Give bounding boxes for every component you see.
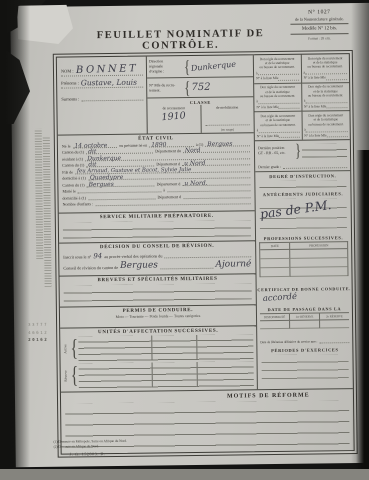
ruled-fill: [183, 197, 250, 199]
service-preparatoire-title: SERVICE MILITAIRE PRÉPARATOIRE.: [59, 211, 255, 220]
divider: [290, 23, 348, 25]
block-liste-line: N° à la liste Mle: [256, 76, 299, 81]
departement-label: Département du: [155, 149, 181, 154]
recensement-cell: de recensement 1910: [147, 104, 201, 133]
block-liste-line: N° à la liste Mle: [304, 133, 348, 138]
block-liste-line: N° à la liste Mle: [304, 104, 348, 109]
inscrit-label: Inscrit sous le n°: [63, 254, 91, 259]
format-note: Format : 28 c/m.: [281, 36, 359, 41]
degre-instruction-section: DEGRÉ D'INSTRUCTION.: [255, 170, 350, 190]
direction-label-line: d'origine :: [149, 69, 183, 74]
block-line: ou bureau de recrutement.: [304, 93, 348, 98]
table-column: [152, 361, 198, 387]
derniere-label-line: GT - RR - 65, etc.: [258, 151, 294, 156]
unites-table-active: Active {: [63, 334, 253, 361]
liberation-label: Date de libération définitive du service…: [260, 340, 317, 345]
permis-categories: Moto — Tourisme — Poids lourds — Toutes …: [60, 313, 256, 319]
ruled-fill: [61, 73, 143, 77]
ruled-fill: [319, 342, 349, 343]
unites-columns: [78, 361, 254, 388]
ruled-fill: u Nord.: [182, 184, 250, 186]
departement-label: Département d: [157, 195, 181, 199]
ruled-fill: [326, 79, 347, 80]
departement-label: Département d: [156, 162, 180, 166]
mobilisation-label: de mobilisation: [201, 105, 254, 110]
ruled-fill: [326, 107, 347, 108]
recruitment-blocks: Don régle du recrutement et de la statis…: [254, 54, 350, 141]
brace-glyph: {: [184, 55, 191, 77]
canton-conseil-value: Bergues: [120, 260, 158, 270]
ruled-fill: [95, 204, 251, 207]
ruled-fill: [283, 167, 347, 169]
block-line: ou bureau de recrutement.: [303, 64, 347, 69]
direction-value: Dunkerque: [191, 60, 237, 73]
liste-label: N° à la liste Mle: [256, 105, 278, 110]
recruitment-block: Don régle du recrutement et de la statis…: [302, 111, 350, 139]
domicilie-label: domicilié à (1): [63, 196, 87, 200]
liste-label: N° à la liste Mle: [257, 133, 279, 138]
liste-label: N° à la liste Mle: [304, 104, 326, 109]
table-column: [78, 335, 152, 361]
direction-label: Direction régionale d'origine :: [149, 60, 183, 75]
brevets-section: BREVETS ET SPÉCIALITÉS MILITAIRES: [59, 274, 255, 307]
ruled-fill: Bergues: [205, 145, 250, 147]
divider: [291, 34, 349, 36]
admin-fields: Direction régionale d'origine : { Dunker…: [147, 55, 254, 133]
block-a-line: à: [304, 99, 348, 104]
grade-label: Dernier grade :: [258, 165, 281, 169]
model-number: Modèle N° 12 bis.: [280, 26, 358, 33]
certificat-title: CERTIFICAT DE BONNE CONDUITE.: [257, 284, 352, 292]
brace-glyph: {: [70, 357, 78, 395]
table-cell: [260, 268, 291, 277]
brevets-title: BREVETS ET SPÉCIALITÉS MILITAIRES: [59, 274, 255, 283]
mobilisation-cell: de mobilisation (en rouge): [201, 104, 254, 133]
motifs-title: MOTIFS DE RÉFORME: [192, 392, 344, 400]
name-fields: NOM : BONNET Prénoms : Gustave, Louis Su…: [57, 57, 148, 135]
ruled-fill: [327, 136, 348, 137]
mariage-line: Marié le à: [62, 187, 250, 193]
block-line: ou bureau de recrutement.: [304, 122, 348, 127]
ruled-fill: [78, 192, 161, 194]
marginal-fine-print: [43, 137, 52, 287]
ne-label: Né le: [62, 144, 71, 148]
canton-label: Canton du (1): [62, 183, 84, 187]
block-a-line: à: [303, 70, 347, 75]
table-row: [260, 267, 347, 277]
departement-value: Nord: [185, 148, 201, 154]
matricule-label-line: tement.: [149, 88, 183, 93]
surnoms-row: Surnoms :: [61, 96, 143, 102]
margin-stamp-numbers: 33777 46612 20162: [28, 321, 48, 344]
periodes-section: PÉRIODES D'EXERCICES: [257, 345, 353, 389]
block-liste-line: N° à la liste Mle: [257, 133, 300, 138]
block-line: ou bureau de recrutement.: [256, 65, 299, 70]
conseil-line-1: Inscrit sous le n° 94 au procès-verbal d…: [63, 250, 251, 259]
fils-label: Fils de: [62, 170, 73, 174]
conseil-line-2: Conseil de révision du canton de Bergues…: [63, 259, 251, 270]
table-column: [152, 334, 198, 360]
enfants-line: Nombre d'enfants :: [63, 200, 251, 206]
ruled-fill: [279, 137, 299, 138]
departement-value: u Nord.: [184, 180, 207, 187]
domicilie-label: domicilié à (1): [62, 177, 86, 181]
recruitment-block: Don régle du recrutement et de la statis…: [254, 83, 302, 112]
block-liste-line: N° à la liste Mle: [256, 105, 299, 110]
presume-label: ou présumé né en: [119, 143, 147, 148]
direction-row: Direction régionale d'origine : { Dunker…: [147, 55, 253, 78]
footnotes: (1) Demeure en Métropole, Sarre ou Afriq…: [53, 439, 127, 450]
domicile-line: domicilié à (1) Quaedypre: [62, 175, 250, 181]
marie-a-label: à: [163, 189, 165, 193]
matricule-value: 752: [191, 82, 210, 93]
ruled-fill: [167, 191, 250, 193]
page-title: FEUILLET NOMINATIF DE CONTRÔLE.: [58, 28, 302, 53]
block-liste-line: N° à la liste Mle: [304, 75, 348, 80]
passage-title: DATE DE PASSAGE DANS LA: [257, 304, 352, 312]
ruled-lines: [64, 283, 252, 301]
professions-table: DATE PROFESSION: [259, 241, 348, 277]
reference-block: N° 1027 de la Nomenclature générale. Mod…: [280, 9, 358, 41]
ruled-lines: [261, 354, 348, 385]
proces-verbal-label: au procès-verbal des opérations du: [104, 253, 162, 259]
form-right-column: Don régle du recrutement et de la statis…: [254, 54, 353, 389]
recruitment-block: Don régle du recrutement et de la statis…: [301, 54, 349, 83]
marie-label: Marié le: [62, 190, 75, 194]
canton-label: Canton du (1): [62, 151, 84, 155]
professions-section: PROFESSIONS SUCCESSIVES. DATE PROFESSION: [256, 233, 352, 285]
table-cell: [319, 320, 349, 328]
ruled-lines: [302, 143, 347, 158]
desk-surface: [0, 469, 369, 480]
block-line: ou bureau de recrutement.: [256, 94, 299, 99]
ruled-fill: Nord: [183, 152, 250, 154]
enfants-label: Nombre d'enfants :: [63, 202, 94, 207]
table-cell: [289, 320, 319, 328]
canton-conseil-label: Conseil de révision du canton de: [63, 264, 118, 270]
ruled-fill: u Nord: [182, 165, 250, 167]
document-paper: FEUILLET NOMINATIF DE CONTRÔLE. N° 1027 …: [10, 3, 369, 467]
reference-subtitle: de la Nomenclature générale.: [280, 16, 358, 22]
decision-value: Ajourné: [215, 259, 251, 269]
brace-glyph: }: [295, 139, 302, 161]
binding-shadow-left: [0, 0, 30, 480]
table-cell: [260, 250, 291, 259]
canton-label: Canton du (1): [62, 164, 84, 168]
ruled-fill: [88, 198, 155, 200]
unites-table-reserve: Réserve {: [64, 361, 254, 388]
ruled-fill: [61, 85, 143, 89]
birth-place-value: Bergues: [207, 141, 232, 148]
passage-section: DATE DE PASSAGE DANS LA DISPONIBILITÉ 1r…: [257, 304, 352, 336]
conseil-revision-section: DÉCISION DU CONSEIL DE RÉVISION. Inscrit…: [59, 241, 255, 276]
table-row: [260, 320, 349, 329]
table-column: [197, 361, 253, 387]
table-column: [78, 362, 152, 388]
degre-title: DEGRÉ D'INSTRUCTION.: [255, 171, 350, 179]
certificat-section: CERTIFICAT DE BONNE CONDUITE. accordé: [257, 284, 352, 305]
canton-line-3: Canton du (1) Bergues Département d u No…: [62, 181, 250, 187]
ruled-lines: [259, 180, 346, 188]
form-upper-area: NOM : BONNET Prénoms : Gustave, Louis Su…: [57, 54, 353, 392]
classe-box: CLASSE de recensement 1910 de mobilisati…: [147, 97, 253, 133]
form-left-column: NOM : BONNET Prénoms : Gustave, Louis Su…: [57, 55, 258, 391]
ruled-fill: [279, 108, 299, 109]
service-preparatoire-section: SERVICE MILITAIRE PRÉPARATOIRE.: [59, 211, 255, 243]
footnote-2: (2) Demeure en Afrique du Nord.: [54, 444, 128, 450]
derniere-position-row: Dernière position GT - RR - 65, etc. }: [255, 140, 350, 161]
stamp-number: 33777: [28, 321, 48, 329]
domicile-line-2: domicilié à (1) Département d: [63, 194, 251, 200]
brace-glyph: {: [184, 76, 191, 98]
ruled-fill: [160, 267, 214, 269]
print-code: J. G. 152803. D.: [70, 451, 106, 456]
conseil-revision-title: DÉCISION DU CONSEIL DE RÉVISION.: [59, 241, 255, 250]
recensement-label: de recensement: [147, 105, 200, 110]
departement-label: Département d: [157, 182, 181, 186]
ruled-fill: Bergues: [87, 185, 155, 187]
unites-columns: [78, 334, 254, 361]
stamp-number: 20162: [28, 336, 48, 344]
classe-columns: de recensement 1910 de mobilisation (en …: [147, 104, 253, 134]
canton-line-1: Canton du (1) dit Département du Nord: [62, 149, 250, 155]
binding-shadow-right-lower: [356, 150, 369, 470]
surnoms-label: Surnoms :: [61, 96, 79, 101]
liste-label: N° à la liste Mle: [256, 76, 278, 81]
mobilisation-note: (en rouge): [201, 127, 254, 132]
table-cell: [291, 267, 348, 277]
etat-civil-section: ÉTAT CIVIL Né le 14 octobre ou présumé n…: [58, 133, 255, 213]
certificat-handwriting: accordé: [262, 291, 297, 303]
control-form: NOM : BONNET Prénoms : Gustave, Louis Su…: [56, 53, 355, 455]
unites-section: UNITÉS D'AFFECTATION SUCCESSIVES. Active…: [60, 326, 257, 391]
table-cell: [260, 259, 291, 268]
canton-value: Bergues: [89, 182, 114, 189]
recruitment-block: Don régle du recrutement et de la statis…: [254, 55, 302, 84]
professions-title: PROFESSIONS SUCCESSIVES.: [256, 233, 351, 241]
table-cell: [260, 320, 289, 328]
derniere-position-label: Dernière position GT - RR - 65, etc.: [258, 146, 294, 156]
liste-label: N° à la liste Mle: [304, 76, 326, 81]
recruitment-block: Don régle du recrutement et de la statis…: [302, 83, 350, 112]
block-a-line: à: [256, 70, 299, 75]
permis-section: PERMIS DE CONDUIRE. Moto — Tourisme — Po…: [60, 305, 256, 328]
identity-section: NOM : BONNET Prénoms : Gustave, Louis Su…: [57, 55, 254, 135]
table-column: [197, 334, 253, 360]
ruled-lines: [63, 220, 251, 238]
antecedents-title: ANTÉCÉDENTS JUDICIAIRES.: [255, 189, 350, 197]
block-a-line: à: [304, 127, 348, 132]
ruled-fill: [164, 256, 251, 258]
matricule-label: N° Mle du recru- tement.: [149, 83, 183, 93]
ruled-fill: [205, 124, 250, 126]
matricule-row: N° Mle du recru- tement. { 752: [147, 77, 253, 98]
recruitment-block: Don régle du recrutement et de la statis…: [255, 112, 303, 140]
birth-year-value: 1890: [151, 142, 166, 148]
recensement-value: 1910: [161, 110, 186, 123]
block-a-line: à: [256, 99, 299, 104]
periodes-title: PÉRIODES D'EXERCICES: [257, 345, 352, 353]
numero-value: 94: [93, 252, 102, 260]
antecedents-section: ANTÉCÉDENTS JUDICIAIRES. pas de P.M.: [255, 189, 351, 234]
block-line: ou bureau de recrutement.: [257, 122, 300, 127]
ruled-fill: [81, 100, 143, 102]
residant-label: résidant à (1): [62, 157, 83, 161]
liste-label: N° à la liste Mle: [304, 133, 326, 138]
ruled-fill: [278, 79, 298, 80]
block-a-line: à: [257, 128, 300, 133]
